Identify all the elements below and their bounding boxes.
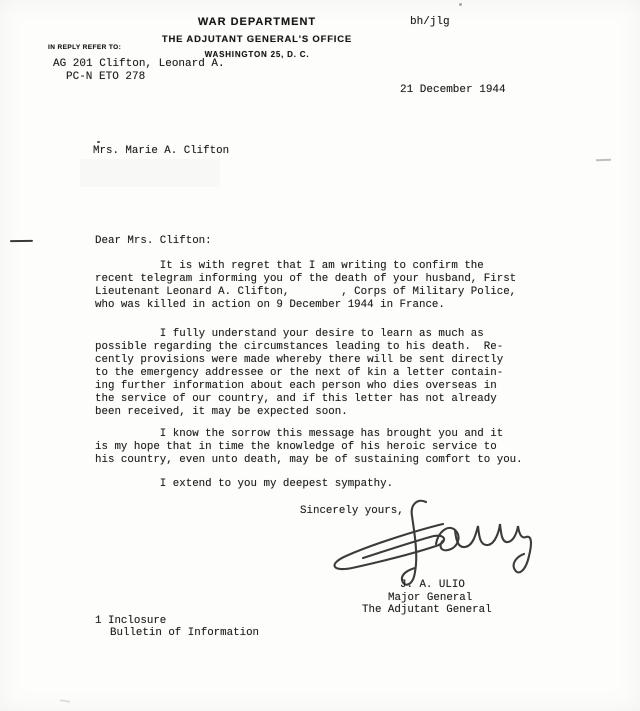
file-reference-line1: AG 201 Clifton, Leonard A.: [53, 58, 225, 71]
letterhead-office: THE ADJUTANT GENERAL'S OFFICE: [97, 34, 417, 45]
file-reference-line2: PC-N ETO 278: [66, 71, 145, 84]
body-paragraph-4: I extend to you my deepest sympathy.: [95, 478, 393, 491]
body-paragraph-2: I fully understand your desire to learn …: [95, 328, 503, 419]
date-line: 21 December 1944: [400, 84, 506, 97]
enclosure-title: Bulletin of Information: [110, 627, 259, 640]
letterhead-department: WAR DEPARTMENT: [97, 16, 417, 28]
scan-artifact-speck-top: [459, 3, 462, 6]
scan-artifact-speck-bottom: [60, 699, 70, 702]
redacted-address-area: [80, 159, 220, 187]
signer-name: J. A. ULIO: [400, 579, 465, 592]
body-paragraph-1: It is with regret that I am writing to c…: [95, 260, 516, 312]
pencil-mark: [10, 240, 33, 242]
salutation: Dear Mrs. Clifton:: [95, 235, 212, 248]
recipient-name: Mrs. Marie A. Clifton: [93, 145, 229, 158]
body-paragraph-3: I know the sorrow this message has broug…: [95, 428, 523, 467]
signer-title: The Adjutant General: [362, 604, 492, 617]
ink-speck: [97, 141, 100, 143]
typist-initials: bh/jlg: [410, 16, 450, 29]
reply-refer-label: IN REPLY REFER TO:: [48, 44, 121, 51]
letterhead: WAR DEPARTMENT THE ADJUTANT GENERAL'S OF…: [97, 0, 417, 64]
letter-page: WAR DEPARTMENT THE ADJUTANT GENERAL'S OF…: [0, 0, 640, 711]
scan-artifact-dash: [596, 159, 611, 162]
